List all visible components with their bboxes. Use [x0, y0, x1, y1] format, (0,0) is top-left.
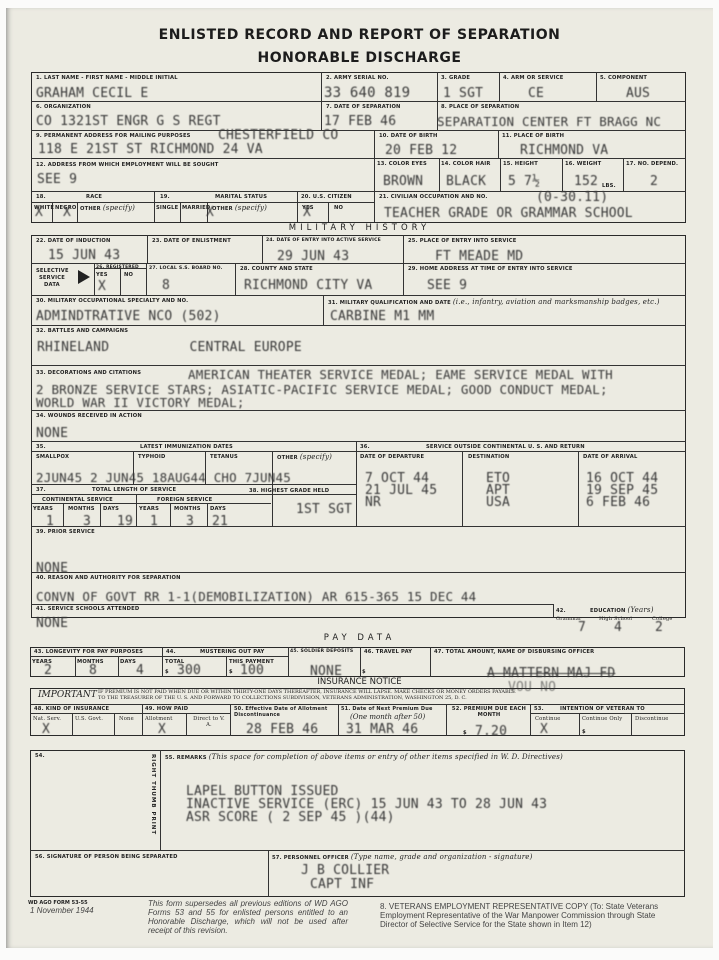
allotment-mark: X: [158, 722, 166, 737]
label-53: 53.: [534, 706, 544, 712]
serial-value: 33 640 819: [324, 85, 410, 101]
dollar-sign: $: [362, 669, 366, 675]
race-negro-mark: X: [63, 205, 71, 220]
form-date: 1 November 1944: [30, 906, 94, 915]
hair-value: BLACK: [446, 174, 486, 189]
officer-name: J B COLLIER: [301, 863, 389, 878]
label-foreign: FOREIGN SERVICE: [157, 497, 212, 503]
label-height: 15. HEIGHT: [503, 161, 538, 167]
label-service: SERVICE: [39, 275, 65, 281]
label-smallpox: SMALLPOX: [36, 454, 69, 460]
next-premium-value: 31 MAR 46: [346, 722, 418, 737]
decorations-line3: WORLD WAR II VICTORY MEDAL;: [36, 395, 245, 410]
entry-place-value: FT MEADE MD: [435, 249, 523, 264]
departure-3: NR: [365, 497, 381, 509]
county-state-value: RICHMOND CITY VA: [244, 278, 372, 293]
label-remarks: 55. REMARKS (This space for completion o…: [165, 753, 563, 761]
label-total-length: TOTAL LENGTH OF SERVICE: [92, 487, 176, 493]
label-next-premium: 51. Date of Next Premium Due: [341, 706, 433, 712]
label-arm: 4. ARM OR SERVICE: [503, 75, 564, 81]
eyes-value: BROWN: [383, 174, 423, 189]
sep-place-value: SEPARATION CENTER FT BRAGG NC: [437, 114, 661, 129]
label-18: 18.: [36, 194, 46, 200]
supersedes-note: This form supersedes all previous editio…: [148, 899, 348, 935]
board-value: 8: [162, 278, 170, 293]
name-value: GRAHAM CECIL E: [36, 86, 148, 101]
cont-months-value: 3: [83, 514, 91, 529]
cont-days-value: 19: [117, 514, 133, 529]
label-race: RACE: [86, 194, 102, 200]
label-component: 5. COMPONENT: [600, 75, 647, 81]
label-address: 9. PERMANENT ADDRESS FOR MAILING PURPOSE…: [36, 133, 191, 139]
occupation-value: TEACHER GRADE OR GRAMMAR SCHOOL: [384, 206, 633, 221]
label-typhoid: TYPHOID: [138, 454, 166, 460]
label-travel: 46. TRAVEL PAY: [364, 649, 412, 655]
component-value: AUS: [626, 86, 650, 101]
label-hair: 14. COLOR HAIR: [441, 161, 491, 167]
label-registered: 26. REGISTERED: [96, 265, 139, 270]
label-grade: 3. GRADE: [441, 75, 470, 81]
important-text: IF PREMIUM IS NOT PAID WHEN DUE OR WITHI…: [98, 689, 678, 701]
arrow-icon: [78, 270, 90, 284]
occupation-no-value: (0-30.11): [536, 190, 608, 205]
label-active-entry: 24. DATE OF ENTRY INTO ACTIVE SERVICE: [266, 238, 381, 243]
label-entry-place: 25. PLACE OF ENTRY INTO SERVICE: [408, 238, 517, 244]
dob-value: 20 FEB 12: [385, 143, 457, 158]
label-pob: 11. PLACE OF BIRTH: [502, 133, 564, 139]
destination-3: USA: [486, 497, 510, 509]
paid-direct-option: Direct to V. A.: [190, 716, 228, 728]
label-selective: SELECTIVE: [36, 268, 69, 274]
label-highest-grade: 38. HIGHEST GRADE HELD: [249, 488, 329, 494]
arm-value: CE: [528, 86, 544, 101]
label-35: 35.: [36, 444, 46, 450]
label-cont-years: YEARS: [33, 506, 53, 512]
label-decorations: 33. DECORATIONS AND CITATIONS: [36, 370, 141, 376]
muster-total-value: 300: [177, 663, 201, 678]
label-schools: 41. SERVICE SCHOOLS ATTENDED: [36, 606, 139, 612]
section-pay-data: PAY DATA: [0, 633, 719, 643]
arrival-3: 6 FEB 46: [586, 497, 650, 509]
insurance-us-govt-option: U.S. Govt.: [75, 716, 103, 722]
active-entry-value: 29 JUN 43: [277, 249, 349, 264]
label-reason: 40. REASON AND AUTHORITY FOR SEPARATION: [36, 575, 181, 581]
label-immunization: LATEST IMMUNIZATION DATES: [140, 444, 233, 450]
qualification-value: CARBINE M1 MM: [330, 309, 434, 324]
label-enlistment: 23. DATE OF ENLISTMENT: [152, 238, 231, 244]
label-for-years: YEARS: [139, 506, 159, 512]
label-how-paid: 49. HOW PAID: [145, 706, 188, 712]
label-disbursing: 47. TOTAL AMOUNT, NAME OF DISBURSING OFF…: [434, 649, 594, 655]
label-outside-service: SERVICE OUTSIDE CONTINENTAL U. S. AND RE…: [426, 444, 585, 450]
label-education: EDUCATION (Years): [590, 606, 654, 614]
label-sep-place: 8. PLACE OF SEPARATION: [441, 104, 519, 110]
home-address-value: SEE 9: [427, 278, 467, 293]
long-days-value: 4: [136, 663, 144, 678]
label-premium-due: 52. PREMIUM DUE EACH MONTH: [450, 706, 528, 718]
label-dob: 10. DATE OF BIRTH: [379, 133, 438, 139]
pob-value: RICHMOND VA: [520, 143, 608, 158]
dollar-sign: $: [463, 730, 467, 736]
label-longevity: 43. LONGEVITY FOR PAY PURPOSES: [34, 649, 143, 655]
label-mos: 30. MILITARY OCCUPATIONAL SPECIALTY AND …: [36, 298, 188, 304]
intention-discontinue-option: Discontinue: [635, 716, 669, 722]
immunization-values: 2JUN45 2 JUN45 18AUG44 CHO 7JUN45: [36, 470, 291, 485]
cont-years-value: 1: [46, 514, 54, 529]
registered-yes-option: YES: [96, 272, 108, 278]
label-sep-date: 7. DATE OF SEPARATION: [326, 104, 401, 110]
label-for-months: MONTHS: [174, 506, 201, 512]
induction-value: 15 JUN 43: [48, 248, 120, 263]
copy-designation: 8. VETERANS EMPLOYMENT REPRESENTATIVE CO…: [380, 902, 660, 929]
label-home-address: 29. HOME ADDRESS AT TIME OF ENTRY INTO S…: [408, 266, 573, 272]
marital-other-option: OTHER (specify): [212, 204, 267, 212]
label-organization: 6. ORGANIZATION: [36, 104, 91, 110]
label-destination: DESTINATION: [468, 454, 509, 460]
county-value: CHESTERFIELD CO: [218, 128, 338, 143]
document-subtitle: HONORABLE DISCHARGE: [0, 50, 719, 66]
intention-continue-only-option: Continue Only: [582, 716, 622, 722]
premium-value: 7.20: [475, 724, 507, 739]
dollar-sign: $: [229, 669, 233, 675]
employment-address-value: SEE 9: [37, 172, 77, 187]
label-board: 27. LOCAL S.S. BOARD NO.: [149, 266, 223, 271]
label-long-days: DAYS: [120, 659, 136, 665]
label-data: DATA: [44, 282, 60, 288]
label-county-state: 28. COUNTY AND STATE: [240, 266, 313, 272]
label-lbs: LBS.: [602, 183, 616, 189]
marital-single-option: SINGLE: [156, 205, 178, 211]
registered-no-option: NO: [124, 272, 133, 278]
organization-value: CO 1321ST ENGR G S REGT: [36, 114, 221, 129]
label-intention: INTENTION OF VETERAN TO: [560, 706, 645, 712]
allotment-disc-value: 28 FEB 46: [246, 722, 318, 737]
reason-value: CONVN OF GOVT RR 1-1(DEMOBILIZATION) AR …: [36, 589, 476, 604]
label-37: 37.: [36, 487, 46, 493]
prior-service-value: NONE: [36, 561, 68, 576]
address-value: 118 E 21ST ST RICHMOND 24 VA: [38, 142, 263, 157]
label-induction: 22. DATE OF INDUCTION: [36, 238, 111, 244]
label-54: 54.: [35, 753, 45, 759]
label-next-premium-hint: (One month after 50): [350, 713, 425, 721]
label-qualification: 31. MILITARY QUALIFICATION AND DATE (i.e…: [328, 298, 660, 306]
dollar-sign: $: [165, 669, 169, 675]
schools-value: NONE: [36, 616, 68, 631]
document-title: ENLISTED RECORD AND REPORT OF SEPARATION: [0, 27, 719, 43]
race-other-option: OTHER (specify): [80, 204, 135, 212]
label-name: 1. LAST NAME - FIRST NAME - MIDDLE INITI…: [36, 75, 178, 81]
label-depend: 17. NO. DEPEND.: [626, 161, 678, 167]
label-arrival: DATE OF ARRIVAL: [583, 454, 637, 460]
label-citizen: 20. U.S. CITIZEN: [301, 194, 352, 200]
label-other-immunization: OTHER (specify): [277, 453, 332, 461]
officer-grade: CAPT INF: [310, 877, 374, 892]
label-signature: 56. SIGNATURE OF PERSON BEING SEPARATED: [35, 854, 178, 860]
important-label: IMPORTANT: [38, 690, 97, 700]
label-continental: CONTINENTAL SERVICE: [42, 497, 113, 503]
for-months-value: 3: [186, 514, 194, 529]
for-days-value: 21: [212, 514, 228, 529]
label-insurance-kind: 48. KIND OF INSURANCE: [34, 706, 109, 712]
for-years-value: 1: [150, 514, 158, 529]
label-employment-address: 12. ADDRESS FROM WHICH EMPLOYMENT WILL B…: [36, 162, 219, 168]
label-serial: 2. ARMY SERIAL NO.: [326, 75, 389, 81]
wounds-value: NONE: [36, 426, 68, 441]
highest-grade-value: 1ST SGT: [296, 502, 352, 517]
registered-yes-mark: X: [98, 279, 106, 294]
label-mustering: MUSTERING OUT PAY: [200, 649, 265, 655]
thumb-print-area: RIGHT THUMB PRINT: [146, 754, 156, 835]
label-personnel-officer: 57. PERSONNEL OFFICER (Type name, grade …: [272, 853, 533, 861]
label-deposits: 45. SOLDIER DEPOSITS: [290, 649, 353, 654]
citizen-no-option: NO: [334, 205, 343, 211]
label-marital: MARITAL STATUS: [215, 194, 267, 200]
label-battles: 32. BATTLES AND CAMPAIGNS: [36, 328, 128, 334]
nat-serv-mark: X: [42, 722, 50, 737]
label-44: 44.: [166, 649, 176, 655]
label-weight: 16. WEIGHT: [565, 161, 601, 167]
height-value: 5 7½: [508, 174, 540, 189]
label-for-days: DAYS: [210, 506, 226, 512]
label-cont-months: MONTHS: [68, 506, 95, 512]
section-insurance-notice: INSURANCE NOTICE: [0, 677, 719, 687]
battles-value: RHINELAND CENTRAL EUROPE: [37, 340, 302, 355]
decorations-line1: AMERICAN THEATER SERVICE MEDAL; EAME SER…: [188, 367, 613, 382]
insurance-none-option: None: [119, 716, 134, 722]
section-military-history: MILITARY HISTORY: [0, 223, 719, 233]
label-occupation: 21. CIVILIAN OCCUPATION AND NO.: [379, 194, 488, 200]
remarks-line3: ASR SCORE ( 2 SEP 45 )(44): [186, 810, 395, 825]
label-tetanus: TETANUS: [210, 454, 238, 460]
long-months-value: 8: [89, 663, 97, 678]
label-prior-service: 39. PRIOR SERVICE: [36, 529, 95, 535]
dollar-sign: $: [582, 729, 586, 735]
label-wounds: 34. WOUNDS RECEIVED IN ACTION: [36, 413, 142, 419]
label-36: 36.: [360, 444, 370, 450]
label-departure: DATE OF DEPARTURE: [360, 454, 424, 460]
label-42: 42.: [556, 608, 566, 614]
label-allotment-disc: 50. Effective Date of Allotment Disconti…: [234, 706, 334, 718]
citizen-yes-mark: X: [303, 205, 311, 220]
muster-payment-value: 100: [240, 663, 264, 678]
depend-value: 2: [650, 174, 658, 189]
continue-mark: X: [540, 722, 548, 737]
label-19: 19.: [160, 194, 170, 200]
mos-value: ADMINDTRATIVE NCO (502): [36, 309, 221, 324]
label-eyes: 13. COLOR EYES: [377, 161, 427, 167]
label-cont-days: DAYS: [103, 506, 119, 512]
weight-value: 152: [574, 174, 598, 189]
married-mark: X: [206, 205, 214, 220]
race-white-mark: X: [35, 205, 43, 220]
long-years-value: 2: [44, 663, 52, 678]
grade-value: 1 SGT: [443, 86, 483, 101]
sep-date-value: 17 FEB 46: [324, 114, 396, 129]
